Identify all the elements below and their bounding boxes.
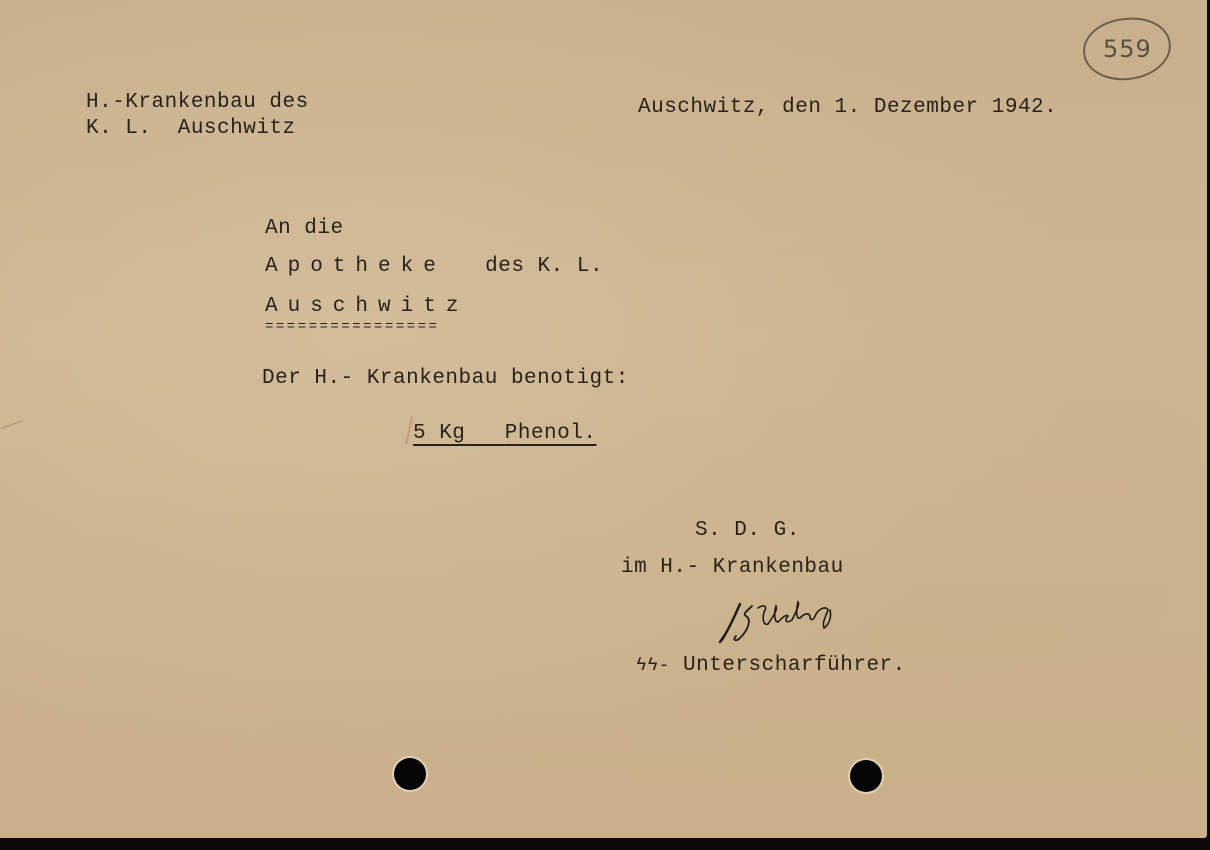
- item-quantity: 5 Kg: [413, 422, 465, 445]
- closing-rank: ϟϟ- Unterscharführer.: [636, 655, 906, 676]
- recipient-apotheke: Apotheke: [265, 255, 446, 278]
- place-date: Auschwitz, den 1. Dezember 1942.: [638, 97, 1057, 118]
- recipient-line-2: Apotheke des K. L.: [265, 256, 603, 277]
- closing-abbrev: S. D. G.: [695, 520, 800, 541]
- paper-crease: [1, 420, 24, 429]
- requested-item: 5 Kg Phenol.: [413, 423, 596, 444]
- recipient-underline: ================: [265, 320, 439, 334]
- recipient-line-1: An die: [265, 218, 344, 239]
- item-name: Phenol.: [505, 422, 597, 445]
- rank-title: Unterscharführer.: [683, 654, 906, 677]
- punch-hole-right: [850, 760, 882, 792]
- archive-number: 559: [1103, 35, 1152, 63]
- archive-number-stamp: 559: [1080, 14, 1174, 85]
- sender-line-2: K. L. Auschwitz: [86, 118, 296, 139]
- signature: [718, 596, 878, 646]
- punch-hole-left: [394, 758, 426, 790]
- document-page: 559 H.-Krankenbau des K. L. Auschwitz Au…: [0, 0, 1207, 838]
- sender-line-1: H.-Krankenbau des: [86, 92, 309, 113]
- request-line: Der H.- Krankenbau benotigt:: [262, 368, 629, 389]
- recipient-line-3: Auschwitz: [265, 296, 468, 317]
- ss-rune-symbol: ϟϟ-: [636, 656, 670, 676]
- closing-unit: im H.- Krankenbau: [621, 557, 844, 578]
- recipient-des-kl: des K. L.: [485, 255, 603, 278]
